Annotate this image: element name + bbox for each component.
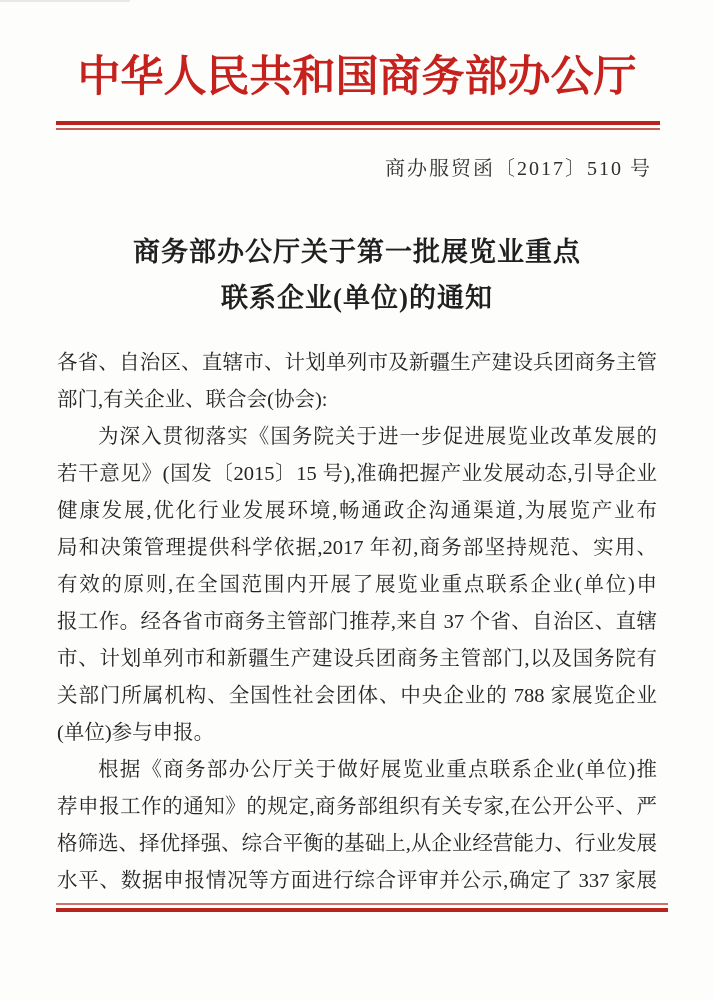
body-line: 部门,有关企业、联合会(协会): (57, 382, 657, 419)
body-line: 市、计划单列市和新疆生产建设兵团商务主管部门,以及国务院有 (57, 641, 657, 678)
body-line: 报工作。经各省市商务主管部门推荐,来自 37 个省、自治区、直辖 (57, 604, 657, 641)
body-line: 各省、自治区、直辖市、计划单列市及新疆生产建设兵团商务主管 (57, 345, 657, 382)
document-page: 中华人民共和国商务部办公厅 商办服贸函〔2017〕510 号 商务部办公厅关于第… (0, 0, 714, 1000)
body-line: 关部门所属机构、全国性社会团体、中央企业的 788 家展览企业 (57, 678, 657, 715)
scan-artifact (0, 0, 130, 2)
body-line: 根据《商务部办公厅关于做好展览业重点联系企业(单位)推 (57, 752, 657, 789)
document-number: 商办服贸函〔2017〕510 号 (0, 155, 652, 183)
body-line: 水平、数据申报情况等方面进行综合评审并公示,确定了 337 家展 (57, 863, 657, 900)
document-title-line2: 联系企业(单位)的通知 (0, 275, 714, 321)
document-title: 商务部办公厅关于第一批展览业重点 联系企业(单位)的通知 (0, 229, 714, 321)
body-line: (单位)参与申报。 (57, 715, 657, 752)
body-line: 格筛选、择优择强、综合平衡的基础上,从企业经营能力、行业发展 (57, 826, 657, 863)
body-line: 为深入贯彻落实《国务院关于进一步促进展览业改革发展的 (57, 419, 657, 456)
body-line: 局和决策管理提供科学依据,2017 年初,商务部坚持规范、实用、 (57, 530, 657, 567)
footer-divider (56, 903, 668, 912)
header-divider-thin-line (56, 128, 660, 130)
body-line: 若干意见》(国发〔2015〕15 号),准确把握产业发展动态,引导企业 (57, 456, 657, 493)
header-divider (56, 121, 660, 130)
body-line: 荐申报工作的通知》的规定,商务部组织有关专家,在公开公平、严 (57, 789, 657, 826)
body-line: 健康发展,优化行业发展环境,畅通政企沟通渠道,为展览产业布 (57, 493, 657, 530)
footer-divider-thin-line (56, 903, 668, 905)
footer-divider-thick-line (56, 908, 668, 912)
body-line: 有效的原则,在全国范围内开展了展览业重点联系企业(单位)申 (57, 567, 657, 604)
issuing-agency-title: 中华人民共和国商务部办公厅 (0, 0, 714, 104)
document-title-line1: 商务部办公厅关于第一批展览业重点 (0, 229, 714, 275)
document-body: 各省、自治区、直辖市、计划单列市及新疆生产建设兵团商务主管 部门,有关企业、联合… (57, 345, 657, 900)
